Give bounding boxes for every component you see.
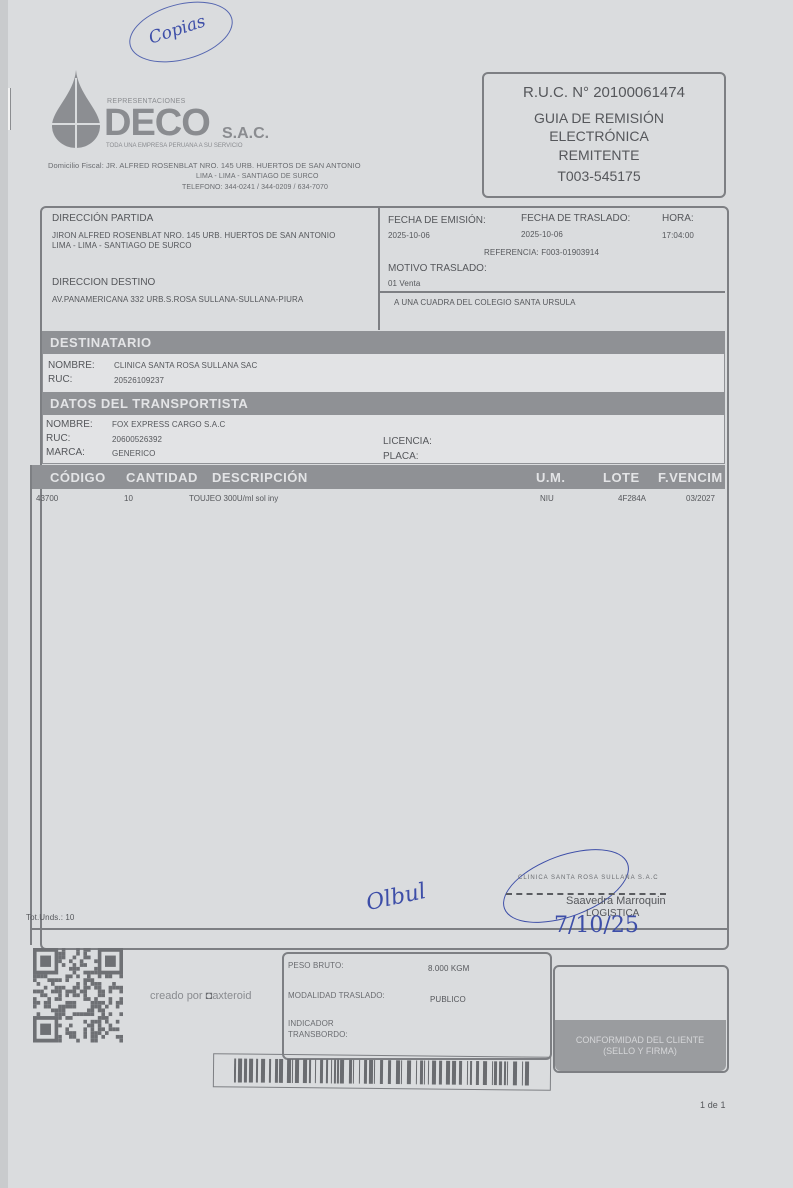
indicador-label-2: TRANSBORDO: bbox=[288, 1030, 348, 1039]
trans-ruc-label: RUC: bbox=[46, 433, 70, 444]
barcode bbox=[213, 1053, 551, 1091]
dest-nombre-value: CLINICA SANTA ROSA SULLANA SAC bbox=[114, 361, 257, 370]
partida-line1: JIRON ALFRED ROSENBLAT NRO. 145 URB. HUE… bbox=[52, 231, 335, 240]
transportista-header: DATOS DEL TRANSPORTISTA bbox=[42, 392, 725, 414]
address-divider-v bbox=[378, 208, 380, 330]
qr-code-icon bbox=[33, 948, 123, 1043]
cell-cantidad: 10 bbox=[124, 494, 133, 503]
destinatario-row bbox=[42, 353, 725, 393]
drop-logo-icon bbox=[48, 68, 104, 150]
peso-label: PESO BRUTO: bbox=[288, 961, 344, 970]
trans-nombre-label: NOMBRE: bbox=[46, 419, 93, 430]
stamp-org: CLINICA SANTA ROSA SULLANA S.A.C bbox=[518, 875, 659, 881]
page-number: 1 de 1 bbox=[700, 1100, 726, 1110]
company-name: DECO bbox=[104, 104, 210, 142]
cell-lote: 4F284A bbox=[618, 494, 646, 503]
company-slogan: TODA UNA EMPRESA PERUANA A SU SERVICIO bbox=[106, 143, 243, 149]
conformidad-label-1: CONFORMIDAD DEL CLIENTE bbox=[556, 1035, 724, 1045]
brand-name: axteroid bbox=[212, 990, 251, 1002]
doc-title-2: ELECTRÓNICA bbox=[482, 128, 716, 144]
partida-line2: LIMA - LIMA - SANTIAGO DE SURCO bbox=[52, 241, 192, 250]
created-by: creado por ◘axteroid bbox=[150, 990, 251, 1002]
created-by-label: creado por bbox=[150, 990, 203, 1002]
company-domicilio-city: LIMA - LIMA - SANTIAGO DE SURCO bbox=[196, 173, 319, 180]
hora-label: HORA: bbox=[662, 213, 694, 224]
dest-nombre-label: NOMBRE: bbox=[48, 360, 95, 371]
stamp-name: Saavedra Marroquin bbox=[566, 895, 666, 907]
staple-mark bbox=[8, 88, 10, 130]
main-form-box bbox=[40, 206, 729, 950]
barcode-icon bbox=[234, 1058, 554, 1085]
company-telefono: TELEFONO: 344-0241 / 344-0209 / 634-7070 bbox=[182, 184, 328, 191]
cell-vencim: 03/2027 bbox=[686, 494, 715, 503]
dest-ruc-value: 20526109237 bbox=[114, 376, 164, 385]
company-logo bbox=[48, 68, 104, 150]
transportista-title: DATOS DEL TRANSPORTISTA bbox=[50, 396, 248, 411]
items-left-border bbox=[30, 465, 32, 945]
signature-stamp: CLINICA SANTA ROSA SULLANA S.A.C Saavedr… bbox=[496, 845, 706, 945]
destino-value: AV.PANAMERICANA 332 URB.S.ROSA SULLANA-S… bbox=[52, 295, 303, 304]
motivo-label: MOTIVO TRASLADO: bbox=[388, 263, 487, 274]
modalidad-label: MODALIDAD TRASLADO: bbox=[288, 991, 385, 1000]
trans-marca-value: GENERICO bbox=[112, 449, 155, 458]
doc-number: T003-545175 bbox=[482, 168, 716, 184]
placa-label: PLACA: bbox=[383, 451, 419, 462]
trans-nombre-value: FOX EXPRESS CARGO S.A.C bbox=[112, 420, 225, 429]
destinatario-title: DESTINATARIO bbox=[50, 335, 152, 350]
modalidad-value: PUBLICO bbox=[430, 995, 466, 1004]
trans-marca-label: MARCA: bbox=[46, 447, 85, 458]
emision-value: 2025-10-06 bbox=[388, 231, 430, 240]
col-vencim: F.VENCIM bbox=[658, 470, 723, 485]
obs-divider-h bbox=[380, 291, 725, 293]
company-suffix: S.A.C. bbox=[222, 125, 269, 143]
doc-title-1: GUIA DE REMISIÓN bbox=[482, 110, 716, 126]
observacion: A UNA CUADRA DEL COLEGIO SANTA URSULA bbox=[394, 298, 576, 307]
col-descripcion: DESCRIPCIÓN bbox=[212, 470, 308, 485]
traslado-value: 2025-10-06 bbox=[521, 230, 563, 239]
doc-title-3: REMITENTE bbox=[482, 147, 716, 163]
partida-label: DIRECCIÓN PARTIDA bbox=[52, 213, 153, 224]
qr-code bbox=[33, 948, 123, 1043]
traslado-label: FECHA DE TRASLADO: bbox=[521, 213, 630, 224]
col-lote: LOTE bbox=[603, 470, 640, 485]
col-cantidad: CANTIDAD bbox=[126, 470, 198, 485]
destinatario-header: DESTINATARIO bbox=[42, 331, 725, 353]
destino-label: DIRECCION DESTINO bbox=[52, 277, 155, 288]
emision-label: FECHA DE EMISIÓN: bbox=[388, 215, 486, 226]
hora-value: 17:04:00 bbox=[662, 231, 694, 240]
items-table-header: CÓDIGO CANTIDAD DESCRIPCIÓN U.M. LOTE F.… bbox=[32, 465, 725, 489]
handwritten-date: 7/10/25 bbox=[554, 913, 639, 938]
col-codigo: CÓDIGO bbox=[50, 470, 106, 485]
col-um: U.M. bbox=[536, 470, 565, 485]
conformidad-label-2: (SELLO Y FIRMA) bbox=[556, 1046, 724, 1056]
dest-ruc-label: RUC: bbox=[48, 374, 72, 385]
ruc-number: R.U.C. N° 20100061474 bbox=[482, 84, 726, 101]
company-domicilio: Domicilio Fiscal: JR. ALFRED ROSENBLAT N… bbox=[48, 161, 361, 170]
motivo-value: 01 Venta bbox=[388, 279, 420, 288]
indicador-label-1: INDICADOR bbox=[288, 1019, 334, 1028]
peso-value: 8.000 KGM bbox=[428, 964, 469, 973]
referencia: REFERENCIA: F003-01903914 bbox=[484, 248, 599, 257]
table-row: 43700 10 TOUJEO 300U/ml sol iny NIU 4F28… bbox=[36, 494, 726, 506]
cell-um: NIU bbox=[540, 494, 554, 503]
cell-descripcion: TOUJEO 300U/ml sol iny bbox=[189, 494, 278, 503]
licencia-label: LICENCIA: bbox=[383, 436, 432, 447]
trans-ruc-value: 20600526392 bbox=[112, 435, 162, 444]
cell-codigo: 43700 bbox=[36, 494, 58, 503]
total-units: Tot.Unds.: 10 bbox=[26, 913, 74, 922]
items-table-body: 43700 10 TOUJEO 300U/ml sol iny NIU 4F28… bbox=[36, 494, 726, 506]
